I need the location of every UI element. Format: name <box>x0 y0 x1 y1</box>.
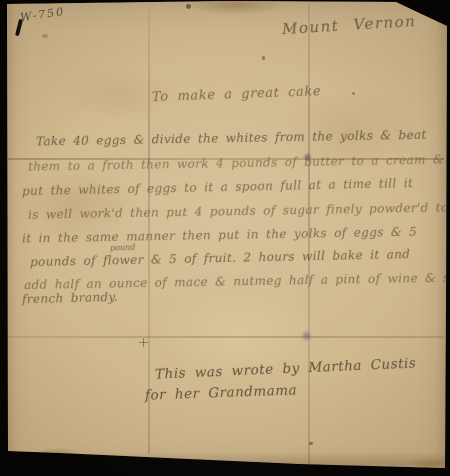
manuscript-line: it in the same manner then put in the yo… <box>22 225 417 246</box>
archival-number: W-750 <box>19 5 66 24</box>
stain-fleck <box>186 4 191 9</box>
manuscript-line: them to a froth then work 4 pounds of bu… <box>28 152 444 173</box>
manuscript-line: put the whites of eggs to it a spoon ful… <box>22 176 413 198</box>
stain-fleck <box>352 92 355 95</box>
stain-fleck <box>42 34 48 38</box>
page-title: To make a great cake <box>152 84 322 105</box>
manuscript-line: french brandy. <box>22 290 118 307</box>
photo-frame: W-750 Mount Vernon To make a great cake … <box>0 0 450 476</box>
stain-fleck <box>262 56 265 60</box>
superscript-word: pound <box>110 243 136 253</box>
attribution-line: This was wrote by Martha Custis <box>155 355 417 382</box>
manuscript-line: pounds of flower & 5 of fruit. 2 hours w… <box>30 247 411 269</box>
stain-fleck <box>309 442 313 445</box>
manuscript-line: add half an ounce of mace & nutmeg half … <box>24 270 450 292</box>
attribution-line: for her Grandmama <box>145 382 298 403</box>
manuscript-line: is well work'd then put 4 pounds of suga… <box>28 200 449 221</box>
ink-mark <box>15 19 23 36</box>
manuscript-line: Take 40 eggs & divide the whites from th… <box>36 128 427 149</box>
location-header: Mount Vernon <box>282 12 417 38</box>
ink-blot <box>301 330 312 342</box>
fold-crease-horizontal-lower <box>8 336 444 338</box>
manuscript-paper: W-750 Mount Vernon To make a great cake … <box>0 0 450 476</box>
crease-cross-mark <box>139 338 148 347</box>
